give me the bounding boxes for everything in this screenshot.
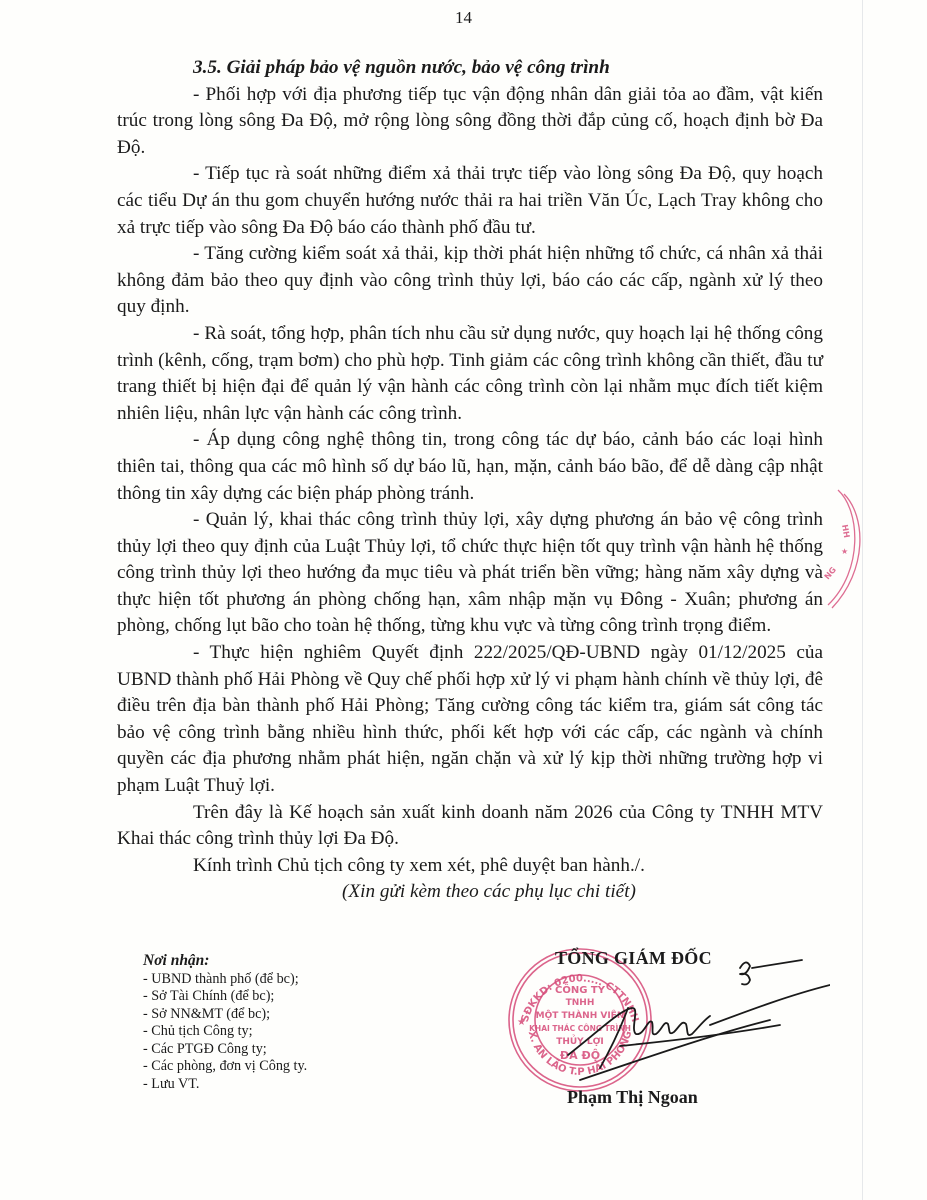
recipient-item: - Sở Tài Chính (để bc); [143, 988, 307, 1006]
paragraph: - Tiếp tục rà soát những điểm xả thải tr… [117, 161, 823, 241]
paragraph: - Phối hợp với địa phương tiếp tục vận đ… [117, 82, 823, 162]
recipients-title: Nơi nhận: [143, 952, 307, 970]
recipient-item: - Sở NN&MT (để bc); [143, 1006, 307, 1024]
svg-text:★: ★ [517, 1017, 526, 1028]
recipient-item: - Các PTGĐ Công ty; [143, 1041, 307, 1059]
paragraph: - Áp dụng công nghệ thông tin, trong côn… [117, 427, 823, 507]
paragraph: - Rà soát, tổng hợp, phân tích nhu cầu s… [117, 321, 823, 427]
recipient-item: - Các phòng, đơn vị Công ty. [143, 1058, 307, 1076]
closing-request: Kính trình Chủ tịch công ty xem xét, phê… [117, 853, 823, 880]
paragraph: - Quản lý, khai thác công trình thủy lợi… [117, 507, 823, 640]
document-body: 3.5. Giải pháp bảo vệ nguồn nước, bảo vệ… [117, 55, 823, 906]
section-heading: 3.5. Giải pháp bảo vệ nguồn nước, bảo vệ… [117, 55, 823, 82]
paragraph: - Thực hiện nghiêm Quyết định 222/2025/Q… [117, 640, 823, 800]
recipients-block: Nơi nhận: - UBND thành phố (để bc); - Sở… [143, 952, 307, 1093]
page-number: 14 [0, 8, 927, 28]
closing-summary: Trên đây là Kế hoạch sản xuất kinh doanh… [117, 800, 823, 853]
svg-text:NG: NG [823, 565, 838, 581]
signer-name: Phạm Thị Ngoan [567, 1087, 698, 1108]
handwritten-signature [540, 950, 830, 1100]
partial-seal-icon: HH ★ NG [820, 480, 880, 610]
attachment-note: (Xin gửi kèm theo các phụ lục chi tiết) [117, 879, 823, 906]
svg-text:★: ★ [841, 547, 848, 556]
recipient-item: - Chủ tịch Công ty; [143, 1023, 307, 1041]
svg-text:HH: HH [840, 524, 851, 539]
paragraph: - Tăng cường kiểm soát xả thải, kịp thời… [117, 241, 823, 321]
recipient-item: - Lưu VT. [143, 1076, 307, 1094]
recipient-item: - UBND thành phố (để bc); [143, 971, 307, 989]
